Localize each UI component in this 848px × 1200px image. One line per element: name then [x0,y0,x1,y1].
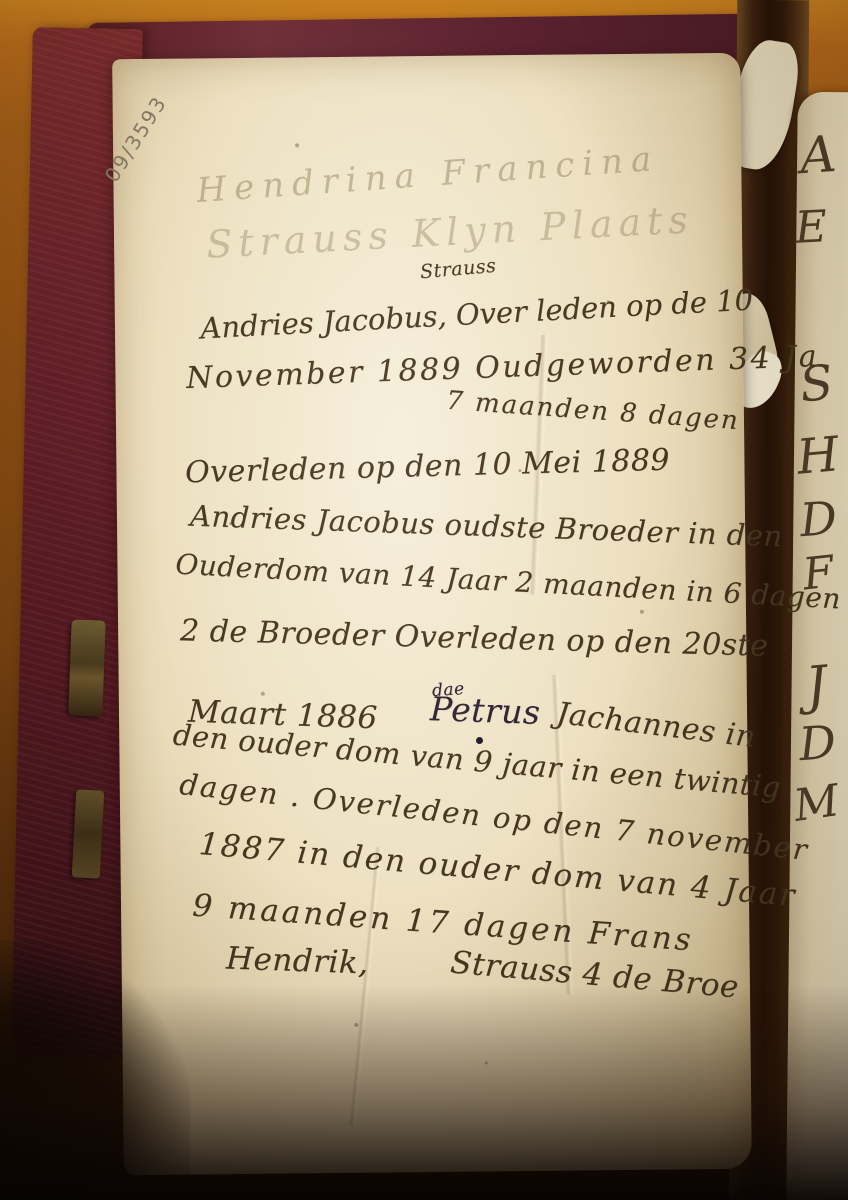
right-page-partial-letter: A [798,125,838,185]
right-page-partial-letter: H [795,426,842,485]
book-clasp-lower [72,789,105,878]
right-page-edge [786,92,848,1200]
right-page-partial-letter: D [797,715,838,771]
right-page-partial-letter: M [791,775,843,832]
page-crease [349,847,383,1127]
handwriting-line-13a: Hendrik, [225,941,369,982]
paper-speck [295,143,299,147]
right-page-partial-letter: E [794,201,829,254]
paper-speck [640,610,644,614]
paper-speck [354,1023,358,1027]
handwriting-line-8b-petrus: Petrus [429,689,541,732]
paper-speck [485,1061,488,1064]
ink-blot [476,737,483,744]
right-page-partial-letter: D [798,491,839,547]
paper-speck [261,692,265,696]
book-clasp [68,619,105,716]
photo-open-register-book: A E S H D F J D M 09/3593 Hendrina Franc… [0,0,848,1200]
